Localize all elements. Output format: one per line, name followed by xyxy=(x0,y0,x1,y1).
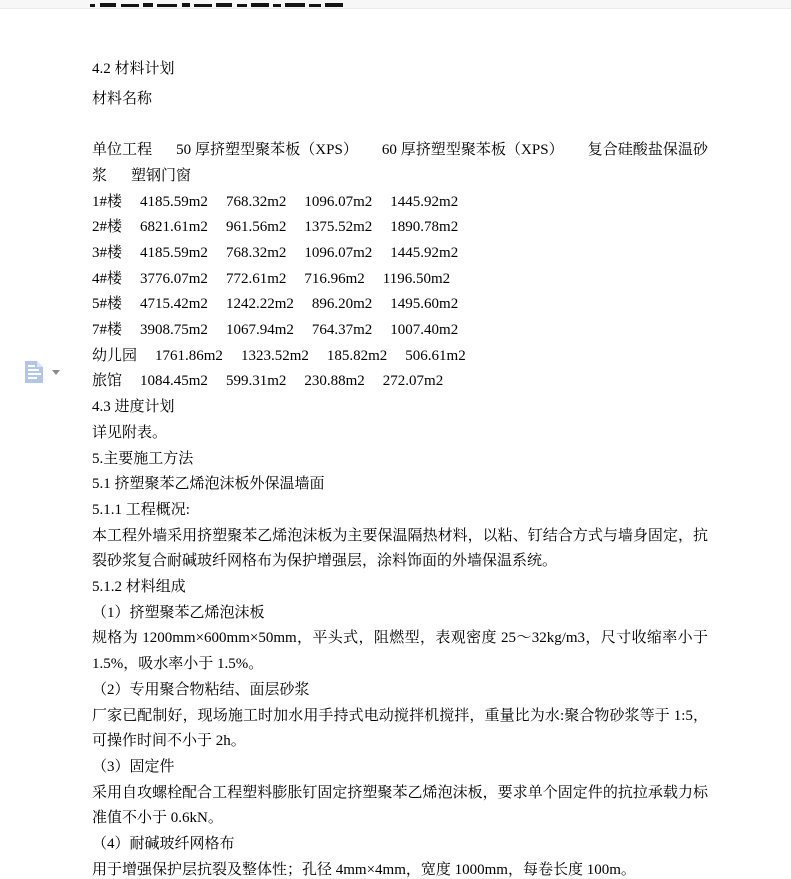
item-3-body: 采用自攻螺栓配合工程塑料膨胀钉固定挤塑聚苯乙烯泡沫板，要求单个固定件的抗拉承载力… xyxy=(92,781,708,832)
cell-value: 1196.50m2 xyxy=(383,271,450,287)
cell-value: 768.32m2 xyxy=(226,245,286,261)
cell-value: 6821.61m2 xyxy=(140,219,208,235)
cell-value: 716.96m2 xyxy=(304,271,364,287)
paste-options-button[interactable] xyxy=(24,360,66,386)
item-3-title: （3）固定件 xyxy=(92,755,708,781)
cell-value: 4185.59m2 xyxy=(140,194,208,210)
cell-value: 768.32m2 xyxy=(226,194,286,210)
cell-value: 506.61m2 xyxy=(405,348,465,364)
item-1-title: （1）挤塑聚苯乙烯泡沫板 xyxy=(92,601,708,627)
table-row: 幼儿园1761.86m21323.52m2185.82m2506.61m2 xyxy=(92,344,708,370)
item-2-body: 厂家已配制好，现场施工时加水用手持式电动搅拌机搅拌，重量比为水:聚合物砂浆等于 … xyxy=(92,704,708,755)
item-4-body: 用于增强保护层抗裂及整体性；孔径 4mm×4mm，宽度 1000mm，每卷长度 … xyxy=(92,858,708,879)
cell-value: 230.88m2 xyxy=(304,373,364,389)
cell-value: 1495.60m2 xyxy=(390,296,458,312)
cell-value: 896.20m2 xyxy=(312,296,372,312)
table-row: 1#楼4185.59m2768.32m21096.07m21445.92m2 xyxy=(92,190,708,216)
table-row: 3#楼4185.59m2768.32m21096.07m21445.92m2 xyxy=(92,241,708,267)
cell-value: 1084.45m2 xyxy=(140,373,208,389)
cell-value: 1096.07m2 xyxy=(304,245,372,261)
cell-value: 185.82m2 xyxy=(327,348,387,364)
cell-value: 1242.22m2 xyxy=(226,296,294,312)
column-header: 单位工程 xyxy=(92,142,152,158)
table-row: 5#楼4715.42m21242.22m2896.20m21495.60m2 xyxy=(92,292,708,318)
row-label: 幼儿园 xyxy=(92,348,137,364)
item-1-body: 规格为 1200mm×600mm×50mm，平头式，阻燃型，表观密度 25～32… xyxy=(92,626,708,677)
cell-value: 1007.40m2 xyxy=(390,322,458,338)
cell-value: 961.56m2 xyxy=(226,219,286,235)
cell-value: 4185.59m2 xyxy=(140,245,208,261)
cell-value: 1445.92m2 xyxy=(390,194,458,210)
cell-value: 1445.92m2 xyxy=(390,245,458,261)
cell-value: 772.61m2 xyxy=(226,271,286,287)
heading-4-3: 4.3 进度计划 xyxy=(92,395,708,421)
row-label: 旅馆 xyxy=(92,373,122,389)
document-body: 4.2 材料计划 材料名称 单位工程50 厚挤塑型聚苯板（XPS）60 厚挤塑型… xyxy=(92,57,708,879)
dropdown-triangle-icon[interactable] xyxy=(52,370,60,375)
cell-value: 1096.07m2 xyxy=(304,194,372,210)
heading-5-1: 5.1 挤塑聚苯乙烯泡沫板外保温墙面 xyxy=(92,472,708,498)
cell-value: 3776.07m2 xyxy=(140,271,208,287)
cell-value: 1890.78m2 xyxy=(390,219,458,235)
row-label: 2#楼 xyxy=(92,219,122,235)
table-row: 7#楼3908.75m21067.94m2764.37m21007.40m2 xyxy=(92,318,708,344)
material-name-label: 材料名称 xyxy=(92,87,708,113)
cell-value: 599.31m2 xyxy=(226,373,286,389)
page-top-strip xyxy=(0,0,791,9)
row-label: 3#楼 xyxy=(92,245,122,261)
cell-value: 4715.42m2 xyxy=(140,296,208,312)
row-label: 7#楼 xyxy=(92,322,122,338)
table-row: 4#楼3776.07m2772.61m2716.96m21196.50m2 xyxy=(92,267,708,293)
paragraph-project-overview: 本工程外墙采用挤塑聚苯乙烯泡沫板为主要保温隔热材料，以粘、钉结合方式与墙身固定，… xyxy=(92,524,708,575)
cell-value: 764.37m2 xyxy=(312,322,372,338)
table-row: 2#楼6821.61m2961.56m21375.52m21890.78m2 xyxy=(92,215,708,241)
heading-5-1-1: 5.1.1 工程概况: xyxy=(92,498,708,524)
document-paste-icon xyxy=(24,360,45,384)
row-label: 5#楼 xyxy=(92,296,122,312)
column-header: 60 厚挤塑型聚苯板（XPS） xyxy=(382,142,564,158)
material-table-header: 单位工程50 厚挤塑型聚苯板（XPS）60 厚挤塑型聚苯板（XPS）复合硅酸盐保… xyxy=(92,138,708,189)
heading-5-1-2: 5.1.2 材料组成 xyxy=(92,575,708,601)
column-header: 塑钢门窗 xyxy=(131,168,191,184)
table-row: 旅馆1084.45m2599.31m2230.88m2272.07m2 xyxy=(92,369,708,395)
cell-value: 272.07m2 xyxy=(383,373,443,389)
cell-value: 1761.86m2 xyxy=(155,348,223,364)
item-2-title: （2）专用聚合物粘结、面层砂浆 xyxy=(92,678,708,704)
column-header: 50 厚挤塑型聚苯板（XPS） xyxy=(176,142,358,158)
cell-value: 1375.52m2 xyxy=(304,219,372,235)
note-see-attachment: 详见附表。 xyxy=(92,421,708,447)
cell-value: 3908.75m2 xyxy=(140,322,208,338)
heading-4-2: 4.2 材料计划 xyxy=(92,57,708,83)
document-page: 4.2 材料计划 材料名称 单位工程50 厚挤塑型聚苯板（XPS）60 厚挤塑型… xyxy=(0,0,791,879)
row-label: 4#楼 xyxy=(92,271,122,287)
cell-value: 1323.52m2 xyxy=(241,348,309,364)
blank-line xyxy=(92,112,708,138)
row-label: 1#楼 xyxy=(92,194,122,210)
heading-5: 5.主要施工方法 xyxy=(92,447,708,473)
cell-value: 1067.94m2 xyxy=(226,322,294,338)
item-4-title: （4）耐碱玻纤网格布 xyxy=(92,832,708,858)
